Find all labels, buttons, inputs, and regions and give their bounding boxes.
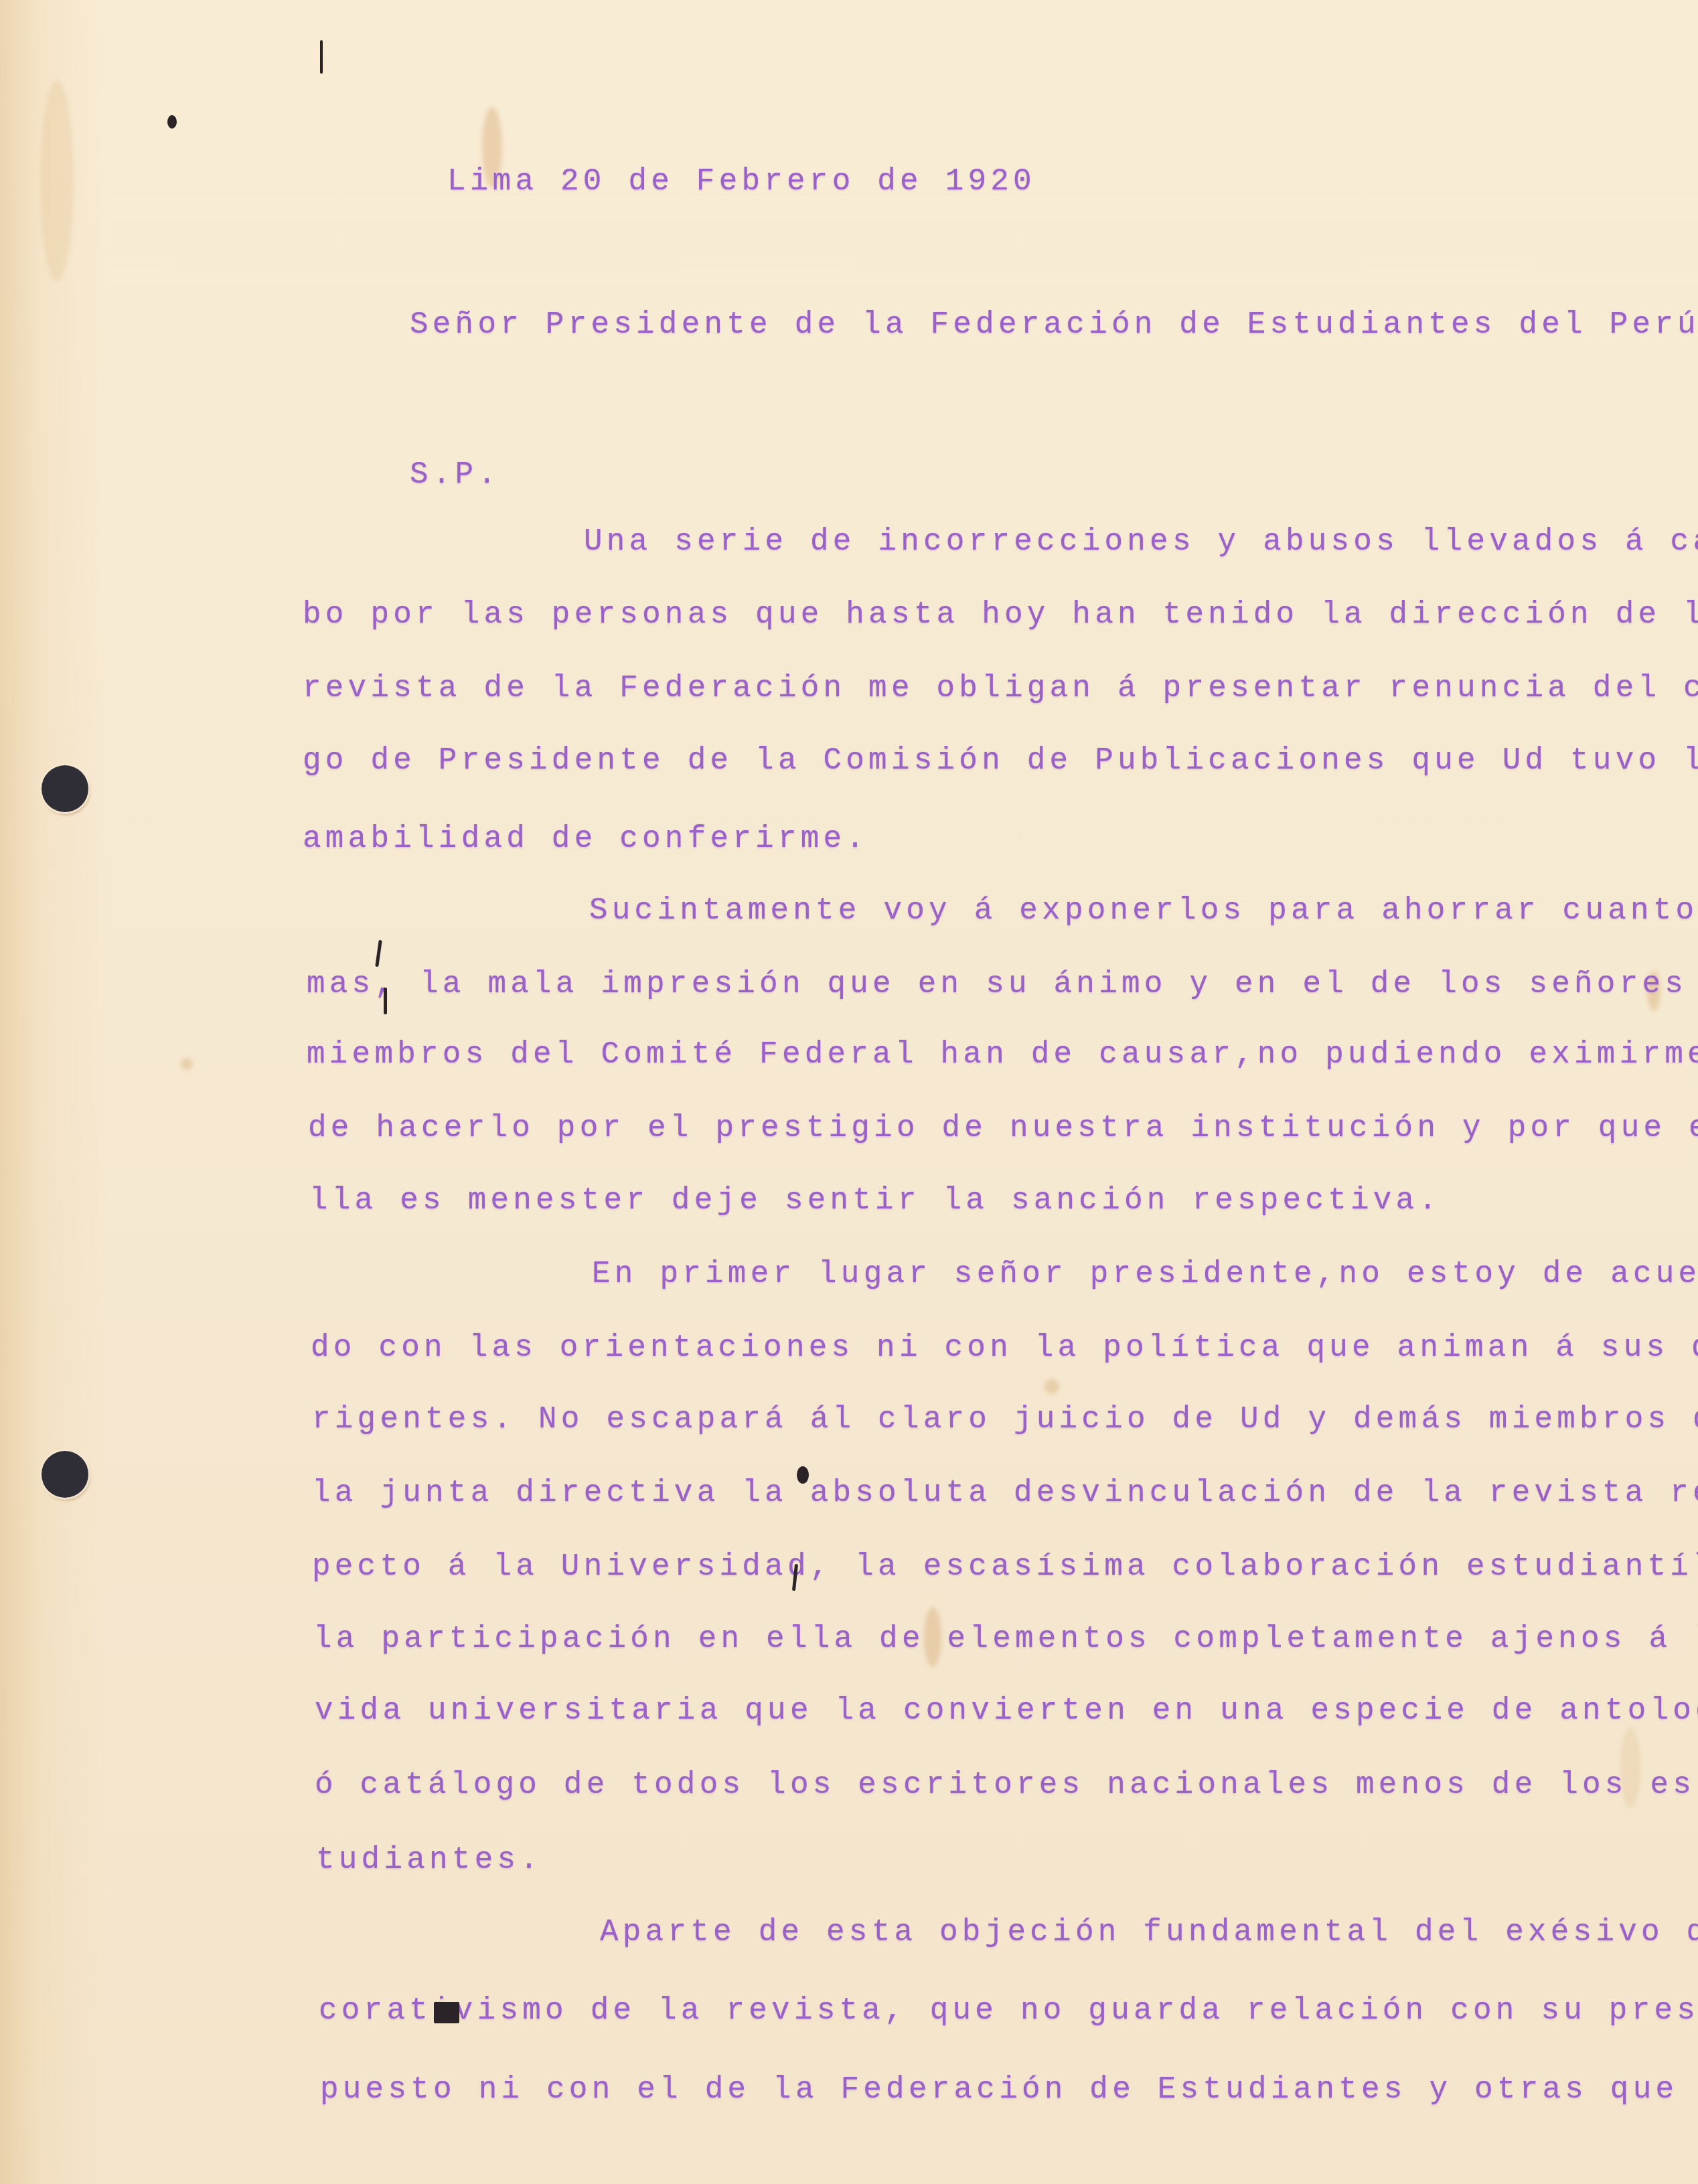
text-line: corativismo de la revista, que no guarda… — [319, 1995, 1698, 2026]
text-line: ó catálogo de todos los escritores nacio… — [315, 1770, 1698, 1800]
text-line: amabilidad de conferirme. — [303, 824, 868, 854]
text-line: rigentes. No escapará ál claro juicio de… — [312, 1404, 1698, 1435]
text-line: puesto ni con el de la Federación de Est… — [320, 2074, 1698, 2105]
text-line: vida universitaria que la convierten en … — [315, 1695, 1698, 1726]
date-line: Lima 20 de Febrero de 1920 — [447, 166, 1036, 197]
salutation: S.P. — [410, 459, 500, 490]
strikeout-mark — [434, 2002, 459, 2023]
letter-page: Lima 20 de Febrero de 1920 Señor Preside… — [0, 0, 1698, 2184]
text-line: mas, la mala impresión que en su ánimo y… — [307, 969, 1687, 1000]
text-line: Una serie de incorrecciones y abusos lle… — [584, 526, 1698, 557]
text-line: lla es menester deje sentir la sanción r… — [309, 1185, 1441, 1216]
correction-mark — [384, 988, 387, 1014]
text-line: bo por las personas que hasta hoy han te… — [303, 599, 1698, 630]
correction-mark — [797, 1466, 809, 1484]
text-line: go de Presidente de la Comisión de Publi… — [303, 745, 1698, 776]
text-line: En primer lugar señor presidente,no esto… — [592, 1259, 1698, 1290]
text-line: pecto á la Universidad, la escasísima co… — [312, 1551, 1698, 1582]
text-line: la participación en ella de elementos co… — [313, 1624, 1698, 1654]
text-line: revista de la Federación me obligan á pr… — [303, 673, 1698, 704]
addressee-line: Señor Presidente de la Federación de Est… — [410, 309, 1698, 340]
text-line: miembros del Comité Federal han de causa… — [307, 1039, 1698, 1070]
text-line: de hacerlo por el prestigio de nuestra i… — [308, 1113, 1698, 1144]
text-line: la junta directiva la absoluta desvincul… — [312, 1478, 1698, 1508]
text-line: Aparte de esta objeción fundamental del … — [600, 1917, 1698, 1948]
text-line: do con las orientaciones ni con la polít… — [311, 1332, 1698, 1363]
text-line: Sucintamente voy á exponerlos para ahorr… — [589, 895, 1698, 926]
text-line: tudiantes. — [316, 1845, 542, 1875]
